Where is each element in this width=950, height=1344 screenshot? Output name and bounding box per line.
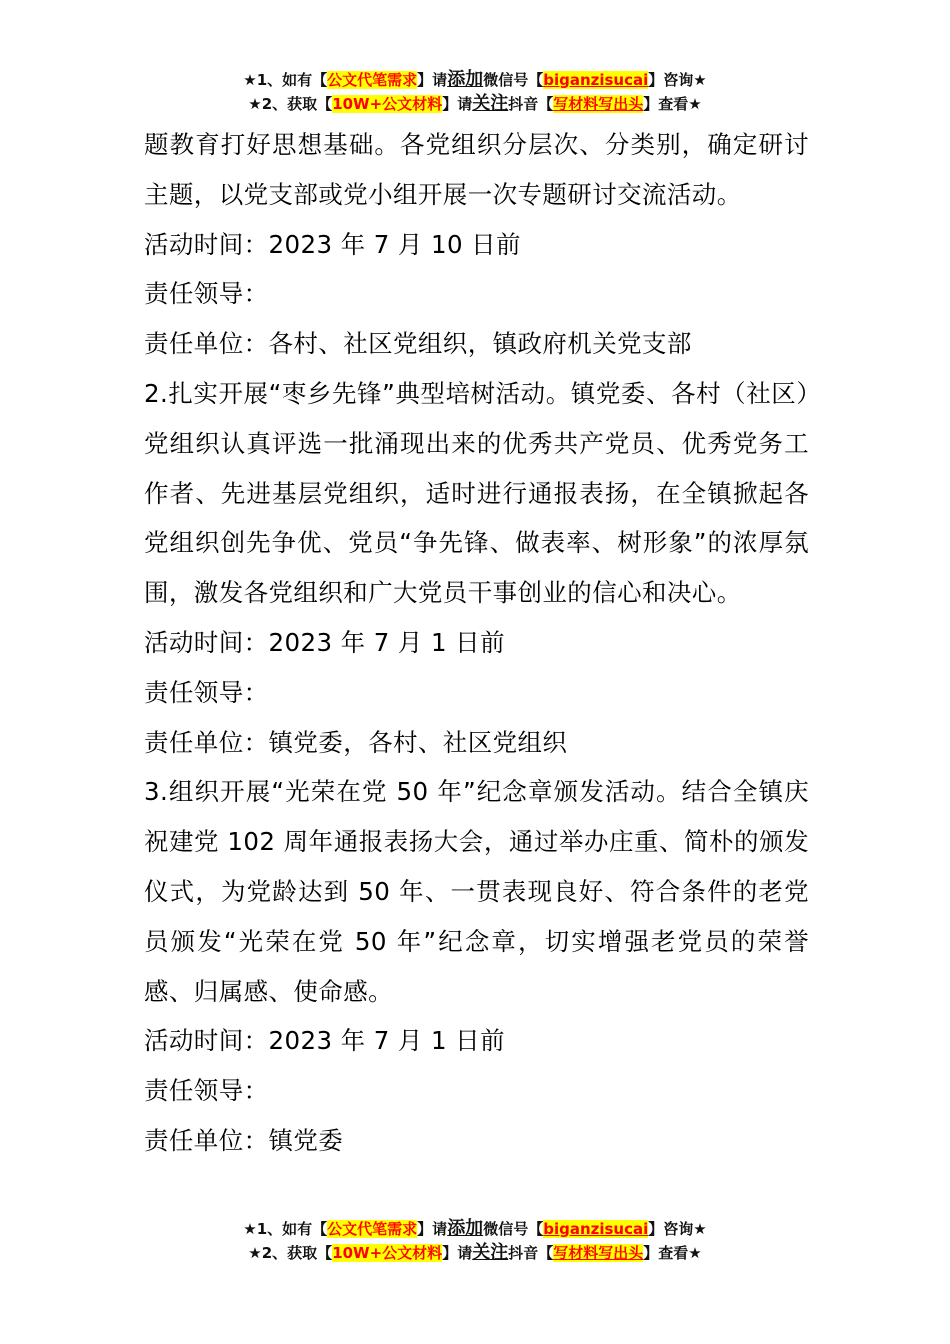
activity-time-3: 活动时间：2023 年 7 月 1 日前 (144, 1016, 809, 1066)
banner-text: ★2、获取【 (248, 1244, 332, 1262)
wechat-id-link[interactable]: biganzisucai (543, 1220, 648, 1238)
banner-text: ★1、如有【 (243, 71, 327, 89)
banner-text: 微信号【 (483, 71, 543, 89)
emphasis-add: 添加 (447, 1218, 483, 1239)
responsible-leader-1: 责任领导： (144, 269, 809, 319)
footer-banner-line-1: ★1、如有【公文代笔需求】请添加微信号【biganzisucai】咨询★ (0, 1217, 950, 1241)
responsible-unit-1: 责任单位：各村、社区党组织，镇政府机关党支部 (144, 319, 809, 369)
document-body: 题教育打好思想基础。各党组织分层次、分类别，确定研讨主题，以党支部或党小组开展一… (144, 120, 809, 1166)
highlight-service: 公文代笔需求 (327, 71, 417, 89)
responsible-unit-3: 责任单位：镇党委 (144, 1116, 809, 1166)
paragraph-topic-study: 题教育打好思想基础。各党组织分层次、分类别，确定研讨主题，以党支部或党小组开展一… (144, 120, 809, 220)
wechat-id-link[interactable]: biganzisucai (543, 71, 648, 89)
paragraph-item-3: 3.组织开展“光荣在党 50 年”纪念章颁发活动。结合全镇庆祝建党 102 周年… (144, 767, 809, 1016)
activity-time-2: 活动时间：2023 年 7 月 1 日前 (144, 618, 809, 668)
highlight-materials: 10W+公文材料 (332, 1244, 442, 1262)
banner-text: 】查看★ (643, 1244, 701, 1262)
responsible-leader-3: 责任领导： (144, 1066, 809, 1116)
banner-text: 】咨询★ (648, 1220, 706, 1238)
douyin-account-link[interactable]: 写材料写出头 (553, 95, 643, 113)
header-banner: ★1、如有【公文代笔需求】请添加微信号【biganzisucai】咨询★ ★2、… (0, 68, 950, 116)
banner-text: 】请 (417, 1220, 447, 1238)
emphasis-follow: 关注 (472, 93, 508, 114)
emphasis-follow: 关注 (472, 1242, 508, 1263)
banner-text: 抖音【 (508, 95, 553, 113)
banner-text: ★2、获取【 (248, 95, 332, 113)
highlight-service: 公文代笔需求 (327, 1220, 417, 1238)
paragraph-item-2: 2.扎实开展“枣乡先锋”典型培树活动。镇党委、各村（社区）党组织认真评选一批涌现… (144, 369, 809, 618)
banner-text: 】请 (417, 71, 447, 89)
banner-text: 微信号【 (483, 1220, 543, 1238)
banner-text: 】咨询★ (648, 71, 706, 89)
header-banner-line-1: ★1、如有【公文代笔需求】请添加微信号【biganzisucai】咨询★ (0, 68, 950, 92)
header-banner-line-2: ★2、获取【10W+公文材料】请关注抖音【写材料写出头】查看★ (0, 92, 950, 116)
douyin-account-link[interactable]: 写材料写出头 (553, 1244, 643, 1262)
highlight-materials: 10W+公文材料 (332, 95, 442, 113)
emphasis-add: 添加 (447, 69, 483, 90)
responsible-leader-2: 责任领导： (144, 668, 809, 718)
footer-banner-line-2: ★2、获取【10W+公文材料】请关注抖音【写材料写出头】查看★ (0, 1241, 950, 1265)
activity-time-1: 活动时间：2023 年 7 月 10 日前 (144, 220, 809, 270)
footer-banner: ★1、如有【公文代笔需求】请添加微信号【biganzisucai】咨询★ ★2、… (0, 1217, 950, 1265)
banner-text: 】请 (442, 1244, 472, 1262)
banner-text: 】请 (442, 95, 472, 113)
responsible-unit-2: 责任单位：镇党委，各村、社区党组织 (144, 718, 809, 768)
banner-text: 抖音【 (508, 1244, 553, 1262)
banner-text: ★1、如有【 (243, 1220, 327, 1238)
banner-text: 】查看★ (643, 95, 701, 113)
